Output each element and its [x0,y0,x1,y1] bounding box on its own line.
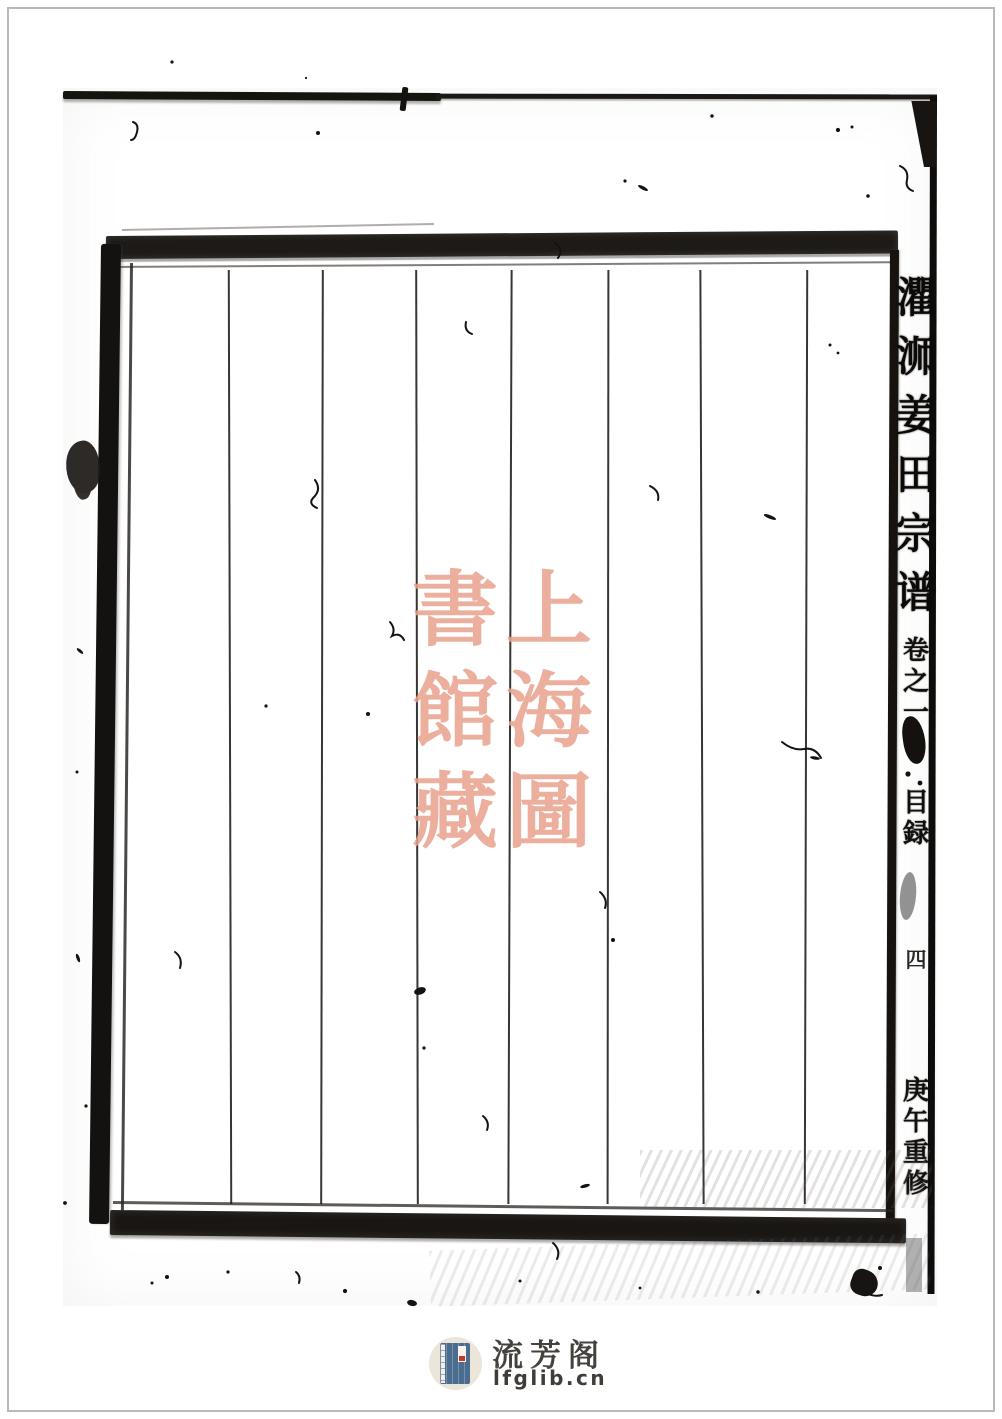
seal-char: 上 [505,560,593,661]
seal-char: 館 [411,661,499,762]
library-seal: 上 海 圖 書 館 藏 [413,556,591,868]
title-char: 灈 [896,268,934,327]
book-logo-icon [440,1343,470,1384]
misc-char-column: 四 [896,947,936,973]
contents-label-column: 目 録 [896,788,936,850]
scan-top-edge [436,94,937,100]
watermark-site-url: lfglib.cn [493,1366,673,1390]
contents-char: 録 [896,819,936,850]
seal-char: 書 [411,560,499,661]
seal-right-column: 上 海 圖 [507,560,591,863]
seal-char: 圖 [505,762,593,863]
seal-char: 海 [505,661,593,762]
edition-char: 庚 [896,1076,936,1107]
volume-char: 卷 [896,636,936,667]
seal-char: 藏 [411,762,499,863]
watermark-logo [429,1337,482,1390]
book-spine-decoration [441,1344,445,1383]
title-char: 姜 [896,386,934,445]
volume-char: 之 [896,667,936,698]
title-char: 田 [896,445,934,504]
misc-char: 四 [896,947,936,973]
pencil-smudge [640,1150,932,1208]
volume-label-column: 卷 之 一 [896,636,936,729]
genealogy-title-column: 灈 浉 姜 田 宗 谱 [895,268,935,622]
title-char: 浉 [896,327,934,386]
contents-char: 目 [896,788,936,819]
seal-left-column: 書 館 藏 [413,560,497,863]
ink-smudge [906,1238,922,1292]
edition-char: 午 [896,1107,936,1138]
title-char: 谱 [896,563,934,622]
book-title-label [458,1346,466,1362]
page-root: 灈 浉 姜 田 宗 谱 卷 之 一 目 録 四 庚 午 重 修 上 海 圖 書 … [0,0,1002,1419]
title-char: 宗 [896,504,934,563]
